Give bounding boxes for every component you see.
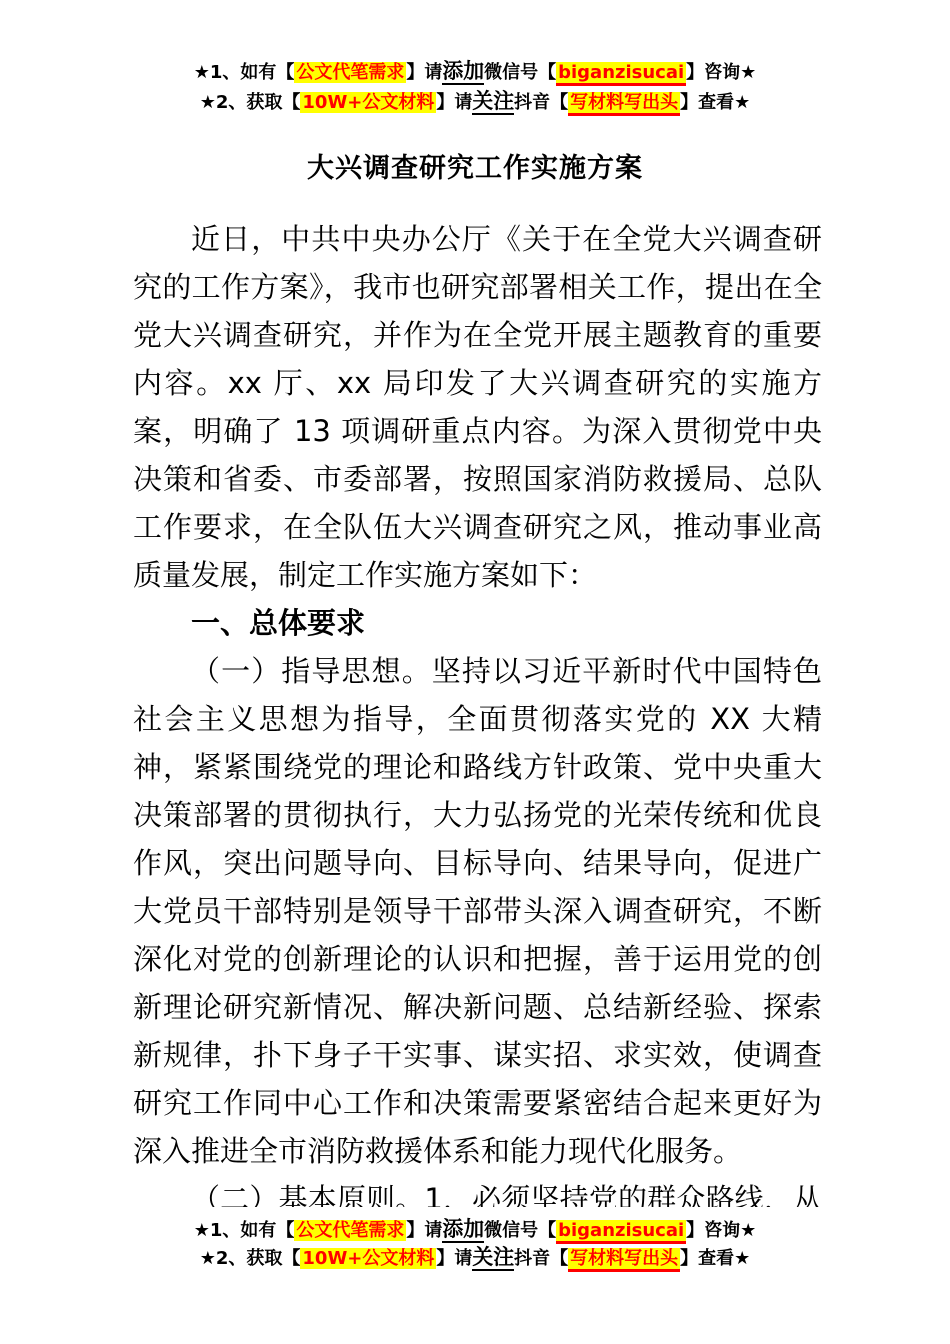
- promo-line-1: ★1、如有【公文代笔需求】请添加微信号【biganzisucai】咨询★: [0, 1216, 950, 1244]
- promo-suffix: 】咨询★: [686, 62, 756, 83]
- wechat-id-highlight: biganzisucai: [556, 62, 686, 86]
- paragraph-guiding-thought: （一）指导思想。坚持以习近平新时代中国特色社会主义思想为指导，全面贯彻落实党的 …: [133, 647, 822, 1175]
- highlight-materials-offer: 10W+公文材料: [300, 1248, 436, 1269]
- wechat-id-highlight: biganzisucai: [556, 1220, 686, 1244]
- promo-suffix: 】查看★: [680, 92, 750, 113]
- section-heading-overall-requirements: 一、总体要求: [133, 599, 822, 647]
- promo-text: 】请: [406, 62, 442, 83]
- promo-text: 微信号【: [484, 62, 556, 83]
- douyin-account-highlight: 写材料写出头: [568, 92, 680, 116]
- promo-text: 微信号【: [484, 1220, 556, 1241]
- promo-text: 】请: [406, 1220, 442, 1241]
- promo-prefix: ★1、如有【: [194, 1220, 295, 1241]
- highlight-materials-offer: 10W+公文材料: [300, 92, 436, 113]
- promo-line-2: ★2、获取【10W+公文材料】请关注抖音【写材料写出头】查看★: [0, 87, 950, 117]
- paragraph-basic-principles: （二）基本原则。1．必须坚持党的群众路线，从群众中来、到群众中去，真诚倾听基层呼…: [133, 1175, 822, 1207]
- document-body: 近日，中共中央办公厅《关于在全党大兴调查研究的工作方案》，我市也研究部署相关工作…: [133, 215, 822, 1207]
- douyin-account-highlight: 写材料写出头: [568, 1248, 680, 1272]
- promo-prefix: ★2、获取【: [200, 1248, 301, 1269]
- underline-add-action: 添加: [442, 1217, 484, 1243]
- highlight-writing-service: 公文代笔需求: [294, 62, 406, 83]
- underline-add-action: 添加: [442, 59, 484, 85]
- promo-text: 】请: [436, 92, 472, 113]
- promo-suffix: 】查看★: [680, 1248, 750, 1269]
- promo-text: 抖音【: [514, 92, 568, 113]
- underline-follow-action: 关注: [472, 1245, 514, 1271]
- promo-prefix: ★2、获取【: [200, 92, 301, 113]
- promo-text: 】请: [436, 1248, 472, 1269]
- footer-promo-banner: ★1、如有【公文代笔需求】请添加微信号【biganzisucai】咨询★ ★2、…: [0, 1216, 950, 1272]
- promo-line-2: ★2、获取【10W+公文材料】请关注抖音【写材料写出头】查看★: [0, 1244, 950, 1272]
- paragraph-intro: 近日，中共中央办公厅《关于在全党大兴调查研究的工作方案》，我市也研究部署相关工作…: [133, 215, 822, 599]
- promo-line-1: ★1、如有【公文代笔需求】请添加微信号【biganzisucai】咨询★: [0, 57, 950, 87]
- promo-prefix: ★1、如有【: [194, 62, 295, 83]
- page-title: 大兴调查研究工作实施方案: [0, 149, 950, 189]
- document-page: ★1、如有【公文代笔需求】请添加微信号【biganzisucai】咨询★ ★2、…: [0, 0, 950, 1344]
- highlight-writing-service: 公文代笔需求: [294, 1220, 406, 1241]
- underline-follow-action: 关注: [472, 89, 514, 115]
- promo-text: 抖音【: [514, 1248, 568, 1269]
- promo-suffix: 】咨询★: [686, 1220, 756, 1241]
- header-promo-banner: ★1、如有【公文代笔需求】请添加微信号【biganzisucai】咨询★ ★2、…: [0, 0, 950, 117]
